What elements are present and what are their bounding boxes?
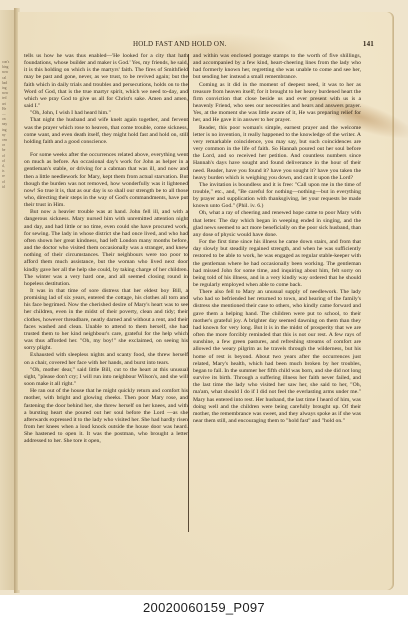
left-column: tells us how he was thus enabled—'He loo… [24,53,188,445]
paragraph: It was in that time of sore distress tha… [24,288,188,352]
paragraph: But now a heavier trouble was at hand. J… [24,209,188,288]
paragraph: Reader, this poor woman's simple, earnes… [193,125,361,182]
paragraph: That night the husband and wife knelt ag… [24,117,188,146]
paragraph: For the first time since his illness he … [193,239,361,289]
paragraph: Oh, what a ray of cheering and renewed h… [193,210,361,239]
page-number: 141 [363,40,374,48]
image-caption-id: 20020060159_P097 [0,600,408,615]
paragraph: Exhausted with sleepless nights and scan… [24,352,188,366]
paragraph: He ran out of the house that he might qu… [24,388,188,445]
paragraph: tells us how he was thus enabled—'He loo… [24,53,188,110]
paragraph: The invitation is boundless and it is fr… [193,182,361,211]
paragraph: and within was enclosed postage stamps t… [193,53,361,82]
right-column: and within was enclosed postage stamps t… [193,53,361,425]
running-header: HOLD FAST AND HOLD ON. 141 [28,40,374,52]
paragraph: For some weeks after the occurrences rel… [24,152,188,209]
paragraph: There also fell to Mary an unusual suppl… [193,289,361,425]
running-header-title: HOLD FAST AND HOLD ON. [133,40,226,48]
paragraph: Coming as it did in the moment of deepes… [193,82,361,125]
scanned-page: con's hing now cal had ing now ted art H… [0,0,408,595]
paragraph: "Oh, mother dear," said little Bill, cut… [24,367,188,388]
column-divider [188,54,189,532]
